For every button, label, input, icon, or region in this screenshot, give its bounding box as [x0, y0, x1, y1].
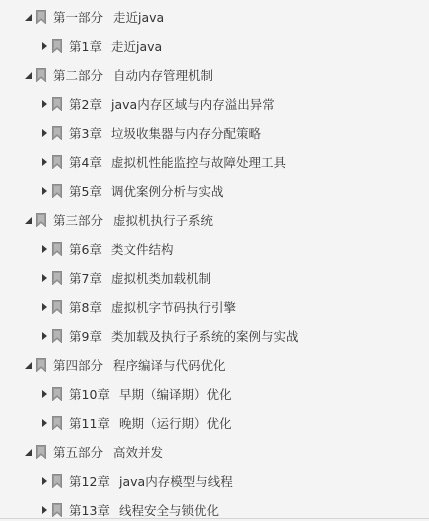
chapter-label: 第12章 — [69, 472, 119, 490]
bookmark-icon — [52, 474, 62, 488]
part-label: 第二部分 — [53, 66, 113, 84]
chapter-title: java内存区域与内存溢出异常 — [111, 95, 275, 113]
part-label: 第一部分 — [53, 8, 113, 26]
bookmark-icon — [52, 300, 62, 314]
outline-chapter-6[interactable]: 第6章 类文件结构 — [0, 234, 429, 263]
collapse-triangle-icon[interactable] — [41, 129, 49, 137]
outline-part-4[interactable]: 第四部分 程序编译与代码优化 — [0, 350, 429, 379]
outline-part-5[interactable]: 第五部分 高效并发 — [0, 437, 429, 466]
bookmark-icon — [52, 329, 62, 343]
chapter-title: 类文件结构 — [111, 240, 174, 258]
chapter-title: 走近java — [111, 37, 162, 55]
collapse-triangle-icon[interactable] — [41, 158, 49, 166]
chapter-label: 第3章 — [69, 124, 111, 142]
outline-chapter-11[interactable]: 第11章 晚期（运行期）优化 — [0, 408, 429, 437]
outline-chapter-10[interactable]: 第10章 早期（编译期）优化 — [0, 379, 429, 408]
chapter-title: 类加载及执行子系统的案例与实战 — [111, 327, 299, 345]
outline-chapter-9[interactable]: 第9章 类加载及执行子系统的案例与实战 — [0, 321, 429, 350]
collapse-triangle-icon[interactable] — [41, 100, 49, 108]
bookmark-icon — [52, 39, 62, 53]
part-title: 自动内存管理机制 — [113, 66, 213, 84]
outline-part-2[interactable]: 第二部分 自动内存管理机制 — [0, 60, 429, 89]
bookmark-icon — [52, 271, 62, 285]
collapse-triangle-icon[interactable] — [41, 506, 49, 514]
chapter-label: 第5章 — [69, 182, 111, 200]
part-title: 虚拟机执行子系统 — [113, 211, 213, 229]
bookmark-icon — [52, 97, 62, 111]
expand-triangle-icon[interactable] — [25, 448, 33, 456]
chapter-label: 第8章 — [69, 298, 111, 316]
collapse-triangle-icon[interactable] — [41, 274, 49, 282]
outline-part-1[interactable]: 第一部分 走近java — [0, 2, 429, 31]
part-title: 高效并发 — [113, 443, 163, 461]
outline-part-3[interactable]: 第三部分 虚拟机执行子系统 — [0, 205, 429, 234]
part-title: 程序编译与代码优化 — [113, 356, 226, 374]
chapter-label: 第9章 — [69, 327, 111, 345]
bookmark-icon — [36, 213, 46, 227]
outline-chapter-1[interactable]: 第1章 走近java — [0, 31, 429, 60]
bookmark-icon — [36, 10, 46, 24]
chapter-label: 第4章 — [69, 153, 111, 171]
part-label: 第三部分 — [53, 211, 113, 229]
part-label: 第四部分 — [53, 356, 113, 374]
chapter-label: 第1章 — [69, 37, 111, 55]
bookmark-icon — [52, 126, 62, 140]
chapter-label: 第7章 — [69, 269, 111, 287]
chapter-title: 晚期（运行期）优化 — [119, 414, 232, 432]
collapse-triangle-icon[interactable] — [41, 42, 49, 50]
outline-chapter-2[interactable]: 第2章 java内存区域与内存溢出异常 — [0, 89, 429, 118]
chapter-label: 第2章 — [69, 95, 111, 113]
chapter-title: 早期（编译期）优化 — [119, 385, 232, 403]
chapter-label: 第11章 — [69, 414, 119, 432]
chapter-label: 第13章 — [69, 501, 119, 519]
chapter-title: 虚拟机性能监控与故障处理工具 — [111, 153, 286, 171]
chapter-title: 线程安全与锁优化 — [119, 501, 219, 519]
expand-triangle-icon[interactable] — [25, 361, 33, 369]
chapter-title: 调优案例分析与实战 — [111, 182, 224, 200]
bottom-border-divider — [0, 518, 429, 519]
collapse-triangle-icon[interactable] — [41, 419, 49, 427]
expand-triangle-icon[interactable] — [25, 216, 33, 224]
chapter-label: 第6章 — [69, 240, 111, 258]
chapter-label: 第10章 — [69, 385, 119, 403]
expand-triangle-icon[interactable] — [25, 13, 33, 21]
chapter-title: 虚拟机字节码执行引擎 — [111, 298, 236, 316]
bookmark-icon — [52, 184, 62, 198]
collapse-triangle-icon[interactable] — [41, 332, 49, 340]
bookmark-outline-tree: 第一部分 走近java 第1章 走近java 第二部分 自动内存管理机制 第2章… — [0, 2, 429, 521]
bookmark-icon — [52, 387, 62, 401]
collapse-triangle-icon[interactable] — [41, 477, 49, 485]
outline-chapter-5[interactable]: 第5章 调优案例分析与实战 — [0, 176, 429, 205]
bookmark-icon — [52, 503, 62, 517]
part-label: 第五部分 — [53, 443, 113, 461]
bookmark-icon — [52, 155, 62, 169]
expand-triangle-icon[interactable] — [25, 71, 33, 79]
outline-chapter-7[interactable]: 第7章 虚拟机类加载机制 — [0, 263, 429, 292]
bookmark-icon — [36, 358, 46, 372]
bookmark-icon — [36, 68, 46, 82]
collapse-triangle-icon[interactable] — [41, 245, 49, 253]
outline-chapter-4[interactable]: 第4章 虚拟机性能监控与故障处理工具 — [0, 147, 429, 176]
collapse-triangle-icon[interactable] — [41, 390, 49, 398]
bookmark-icon — [52, 416, 62, 430]
collapse-triangle-icon[interactable] — [41, 303, 49, 311]
bookmark-icon — [36, 445, 46, 459]
outline-chapter-12[interactable]: 第12章 java内存模型与线程 — [0, 466, 429, 495]
chapter-title: 垃圾收集器与内存分配策略 — [111, 124, 261, 142]
outline-chapter-8[interactable]: 第8章 虚拟机字节码执行引擎 — [0, 292, 429, 321]
outline-chapter-3[interactable]: 第3章 垃圾收集器与内存分配策略 — [0, 118, 429, 147]
part-title: 走近java — [113, 8, 164, 26]
bookmark-icon — [52, 242, 62, 256]
collapse-triangle-icon[interactable] — [41, 187, 49, 195]
chapter-title: java内存模型与线程 — [119, 472, 233, 490]
chapter-title: 虚拟机类加载机制 — [111, 269, 211, 287]
